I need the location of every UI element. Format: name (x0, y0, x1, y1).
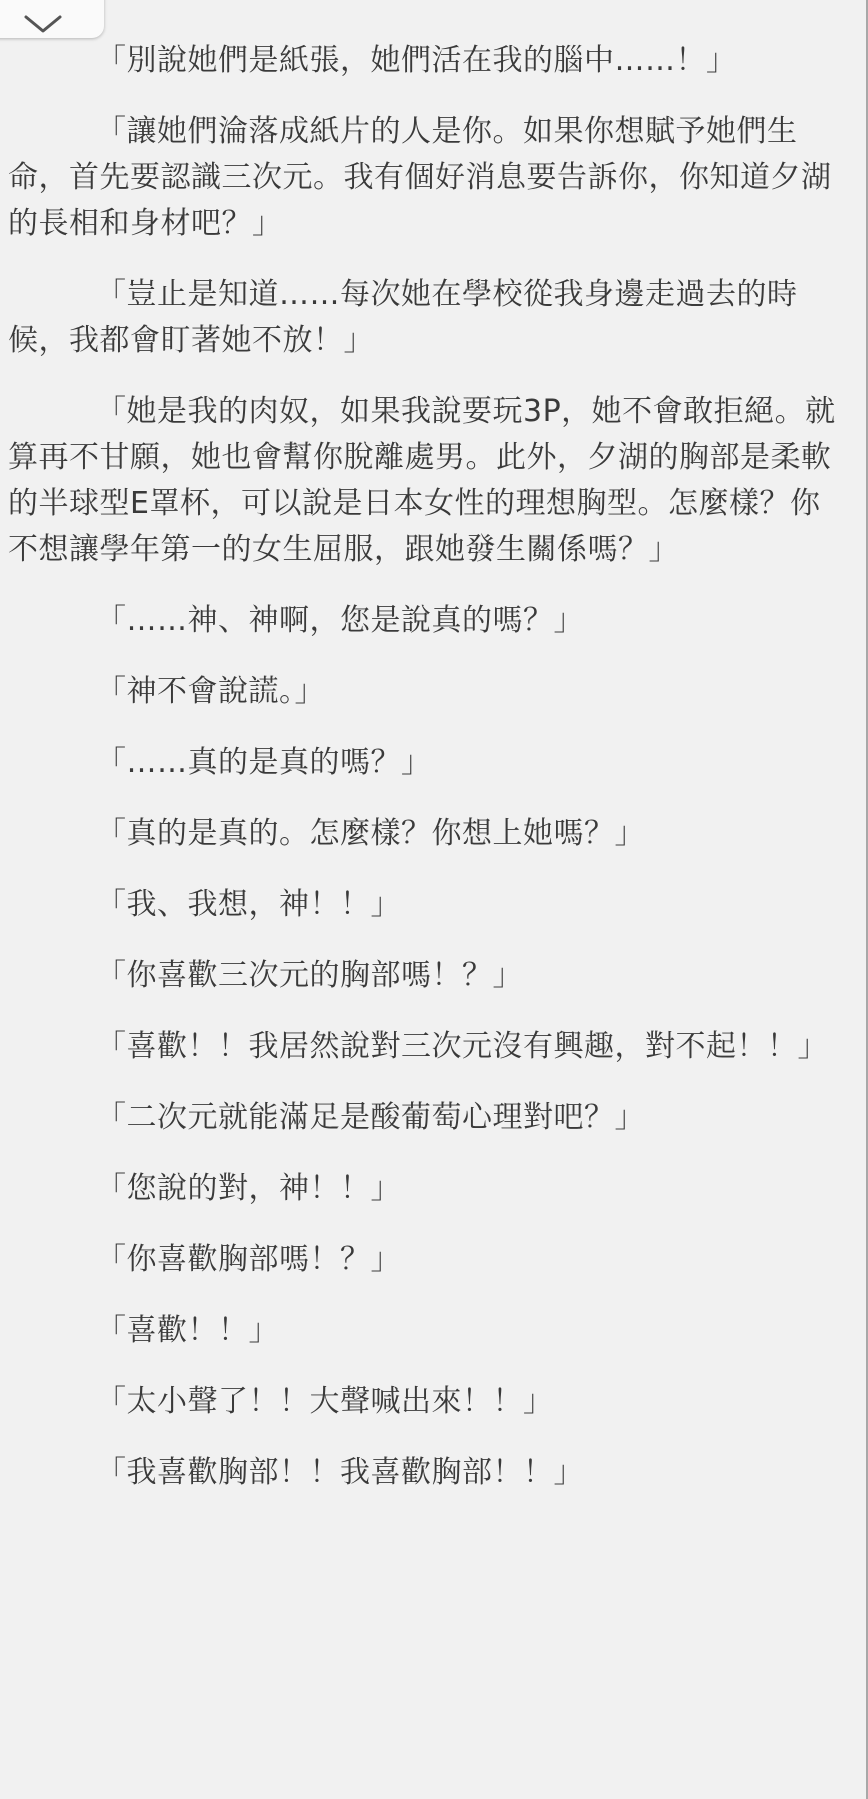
paragraph: 「……神、神啊，您是說真的嗎？」 (8, 598, 838, 644)
paragraph: 「喜歡！！我居然說對三次元沒有興趣，對不起！！」 (8, 1024, 838, 1070)
paragraph: 「喜歡！！」 (8, 1308, 838, 1354)
paragraph: 「別說她們是紙張，她們活在我的腦中……！」 (8, 38, 838, 84)
paragraph: 「豈止是知道……每次她在學校從我身邊走過去的時候，我都會盯著她不放！」 (8, 272, 838, 364)
paragraph: 「你喜歡三次元的胸部嗎！？」 (8, 953, 838, 999)
paragraph: 「我、我想，神！！」 (8, 882, 838, 928)
paragraph: 「她是我的肉奴，如果我說要玩3P，她不會敢拒絕。就算再不甘願，她也會幫你脫離處男… (8, 389, 838, 573)
chevron-down-icon (23, 15, 63, 35)
paragraph: 「神不會說謊。」 (8, 669, 838, 715)
paragraph: 「真的是真的。怎麼樣？你想上她嗎？」 (8, 811, 838, 857)
reading-content: 「別說她們是紙張，她們活在我的腦中……！」 「讓她們淪落成紙片的人是你。如果你想… (8, 38, 838, 1521)
paragraph: 「讓她們淪落成紙片的人是你。如果你想賦予她們生命，首先要認識三次元。我有個好消息… (8, 109, 838, 247)
paragraph: 「……真的是真的嗎？」 (8, 740, 838, 786)
paragraph: 「你喜歡胸部嗎！？」 (8, 1237, 838, 1283)
collapse-toggle-button[interactable] (0, 0, 104, 38)
paragraph: 「您說的對，神！！」 (8, 1166, 838, 1212)
paragraph: 「二次元就能滿足是酸葡萄心理對吧？」 (8, 1095, 838, 1141)
paragraph: 「我喜歡胸部！！我喜歡胸部！！」 (8, 1450, 838, 1496)
paragraph: 「太小聲了！！大聲喊出來！！」 (8, 1379, 838, 1425)
